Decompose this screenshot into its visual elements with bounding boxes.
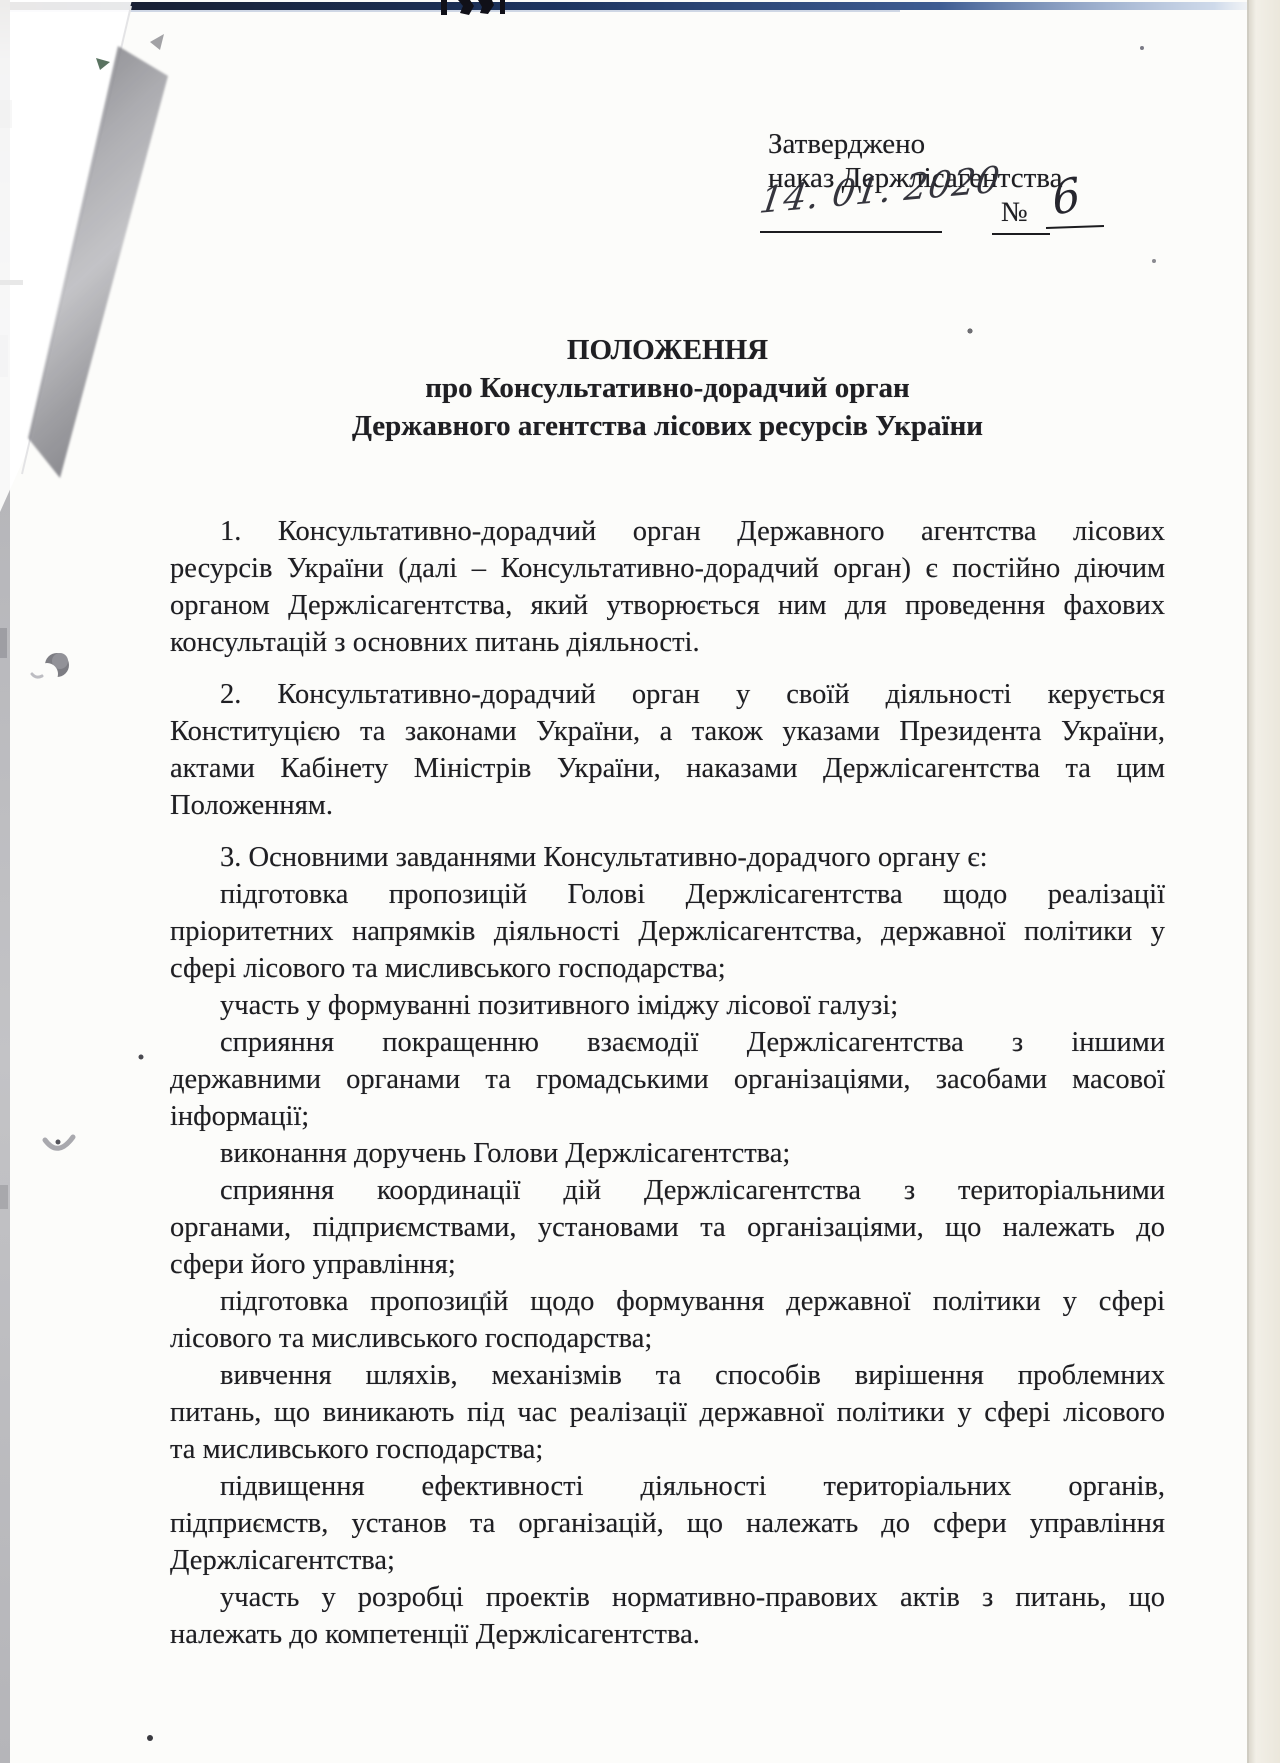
text-line: 2. Консультативно-дорадчий орган у своїй… xyxy=(170,676,1165,713)
text-line: сприяння покращенню взаємодії Держлісаге… xyxy=(170,1024,1165,1061)
text-line: лісового та мисливського господарства; xyxy=(170,1320,1165,1357)
text-line: державними органами та громадськими орга… xyxy=(170,1061,1165,1098)
text-line: інформації; xyxy=(170,1098,1165,1135)
text-line: підвищення ефективності діяльності терит… xyxy=(170,1468,1165,1505)
text-line: 1. Консультативно-дорадчий орган Державн… xyxy=(170,513,1165,550)
text-line: підготовка пропозицій щодо формування де… xyxy=(170,1283,1165,1320)
text-line: органом Держлісагентства, який утворюєть… xyxy=(170,587,1165,624)
date-underline xyxy=(760,231,942,233)
left-edge-strip-artifact xyxy=(0,0,23,1763)
text-line: участь у розробці проектів нормативно-пр… xyxy=(170,1579,1165,1616)
text-line: органами, підприємствами, установами та … xyxy=(170,1209,1165,1246)
paragraph: 2. Консультативно-дорадчий орган у своїй… xyxy=(170,676,1165,824)
paragraph: сприяння координації дій Держлісагентств… xyxy=(170,1172,1165,1283)
crescent-smudge-artifact xyxy=(45,1137,73,1148)
text-line: належать до компетенції Держлісагентства… xyxy=(170,1616,1165,1653)
number-sign-underline xyxy=(992,233,1050,235)
paragraph: підготовка пропозицій Голові Держлісаген… xyxy=(170,876,1165,987)
scanned-document-page: Затверджено наказ Держлісагентства 14. 0… xyxy=(0,0,1280,1763)
handwritten-order-number: 6 xyxy=(1050,166,1083,226)
text-line: участь у формуванні позитивного іміджу л… xyxy=(170,987,1165,1024)
text-line: виконання доручень Голови Держлісагентст… xyxy=(170,1135,1165,1172)
paragraph: підготовка пропозицій щодо формування де… xyxy=(170,1283,1165,1357)
paragraph: 1. Консультативно-дорадчий орган Державн… xyxy=(170,513,1165,661)
paragraph: виконання доручень Голови Держлісагентст… xyxy=(170,1135,1165,1172)
top-scan-line-artifact xyxy=(0,2,1252,12)
paragraph: підвищення ефективності діяльності терит… xyxy=(170,1468,1165,1579)
paragraph: 3. Основними завданнями Консультативно-д… xyxy=(170,839,1165,876)
text-line: та мисливського господарства; xyxy=(170,1431,1165,1468)
document-body: 1. Консультативно-дорадчий орган Державн… xyxy=(170,513,1165,1653)
text-line: Держлісагентства; xyxy=(170,1542,1165,1579)
folded-corner-artifact xyxy=(0,0,168,512)
text-line: сприяння координації дій Держлісагентств… xyxy=(170,1172,1165,1209)
text-line: Конституцією та законами України, а тако… xyxy=(170,713,1165,750)
torn-text-artifact xyxy=(441,0,505,15)
title-line-2: про Консультативно-дорадчий орган xyxy=(170,369,1165,407)
approval-approved-label: Затверджено xyxy=(768,127,1062,161)
text-line: консультацій з основних питань діяльност… xyxy=(170,624,1165,661)
text-line: Положенням. xyxy=(170,787,1165,824)
text-line: підприємств, установ та організацій, що … xyxy=(170,1505,1165,1542)
document-title: ПОЛОЖЕННЯ про Консультативно-дорадчий ор… xyxy=(170,331,1165,445)
text-line: сфери його управління; xyxy=(170,1246,1165,1283)
text-line: питань, що виникають під час реалізації … xyxy=(170,1394,1165,1431)
paragraph: вивчення шляхів, механізмів та способів … xyxy=(170,1357,1165,1468)
number-sign: № xyxy=(1001,197,1028,229)
text-line: сфері лісового та мисливського господарс… xyxy=(170,950,1165,987)
title-line-3: Державного агентства лісових ресурсів Ук… xyxy=(170,407,1165,445)
text-line: ресурсів України (далі – Консультативно-… xyxy=(170,550,1165,587)
ink-blob-artifact xyxy=(32,653,69,685)
text-line: вивчення шляхів, механізмів та способів … xyxy=(170,1357,1165,1394)
text-line: 3. Основними завданнями Консультативно-д… xyxy=(170,839,1165,876)
text-line: пріоритетних напрямків діяльності Держлі… xyxy=(170,913,1165,950)
text-line: актами Кабінету Міністрів України, наказ… xyxy=(170,750,1165,787)
text-line: підготовка пропозицій Голові Держлісаген… xyxy=(170,876,1165,913)
right-page-edge xyxy=(1247,0,1280,1763)
title-line-1: ПОЛОЖЕННЯ xyxy=(170,331,1165,369)
paragraph: сприяння покращенню взаємодії Держлісаге… xyxy=(170,1024,1165,1135)
paragraph: участь у розробці проектів нормативно-пр… xyxy=(170,1579,1165,1653)
paragraph: участь у формуванні позитивного іміджу л… xyxy=(170,987,1165,1024)
